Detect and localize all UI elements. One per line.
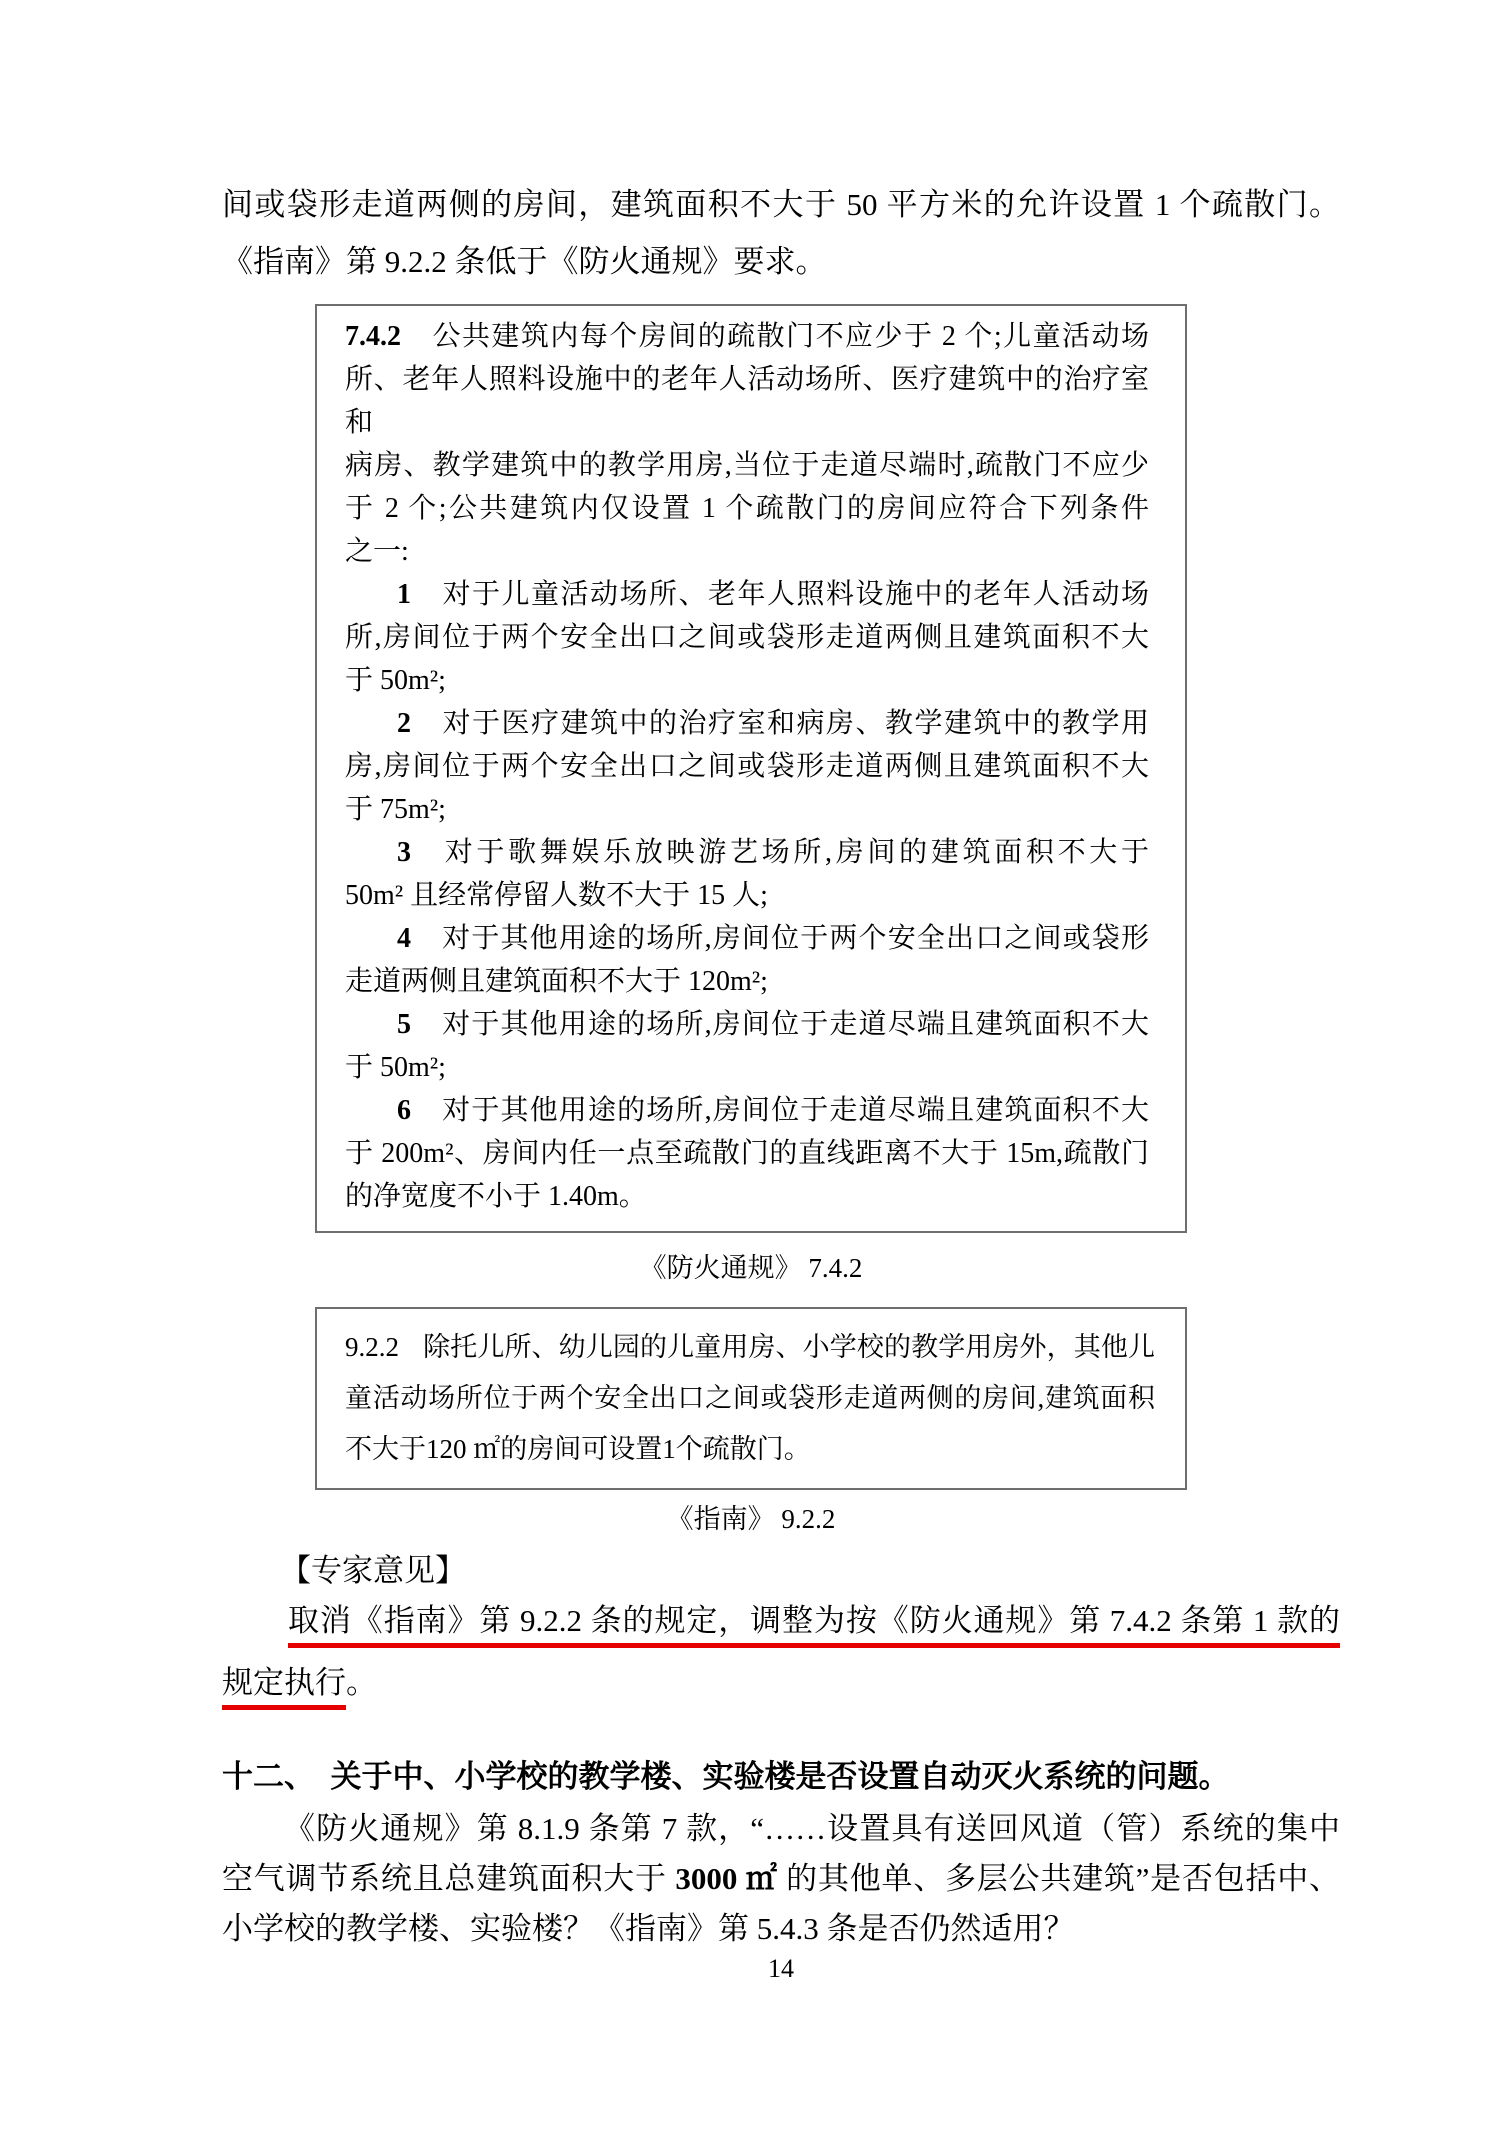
expert-opinion-label: 【专家意见】 [280,1552,1505,1590]
section-12-line-2-post: 的其他单、多层公共建筑”是否包括中、 [778,1861,1340,1896]
clause-head-text: 公共建筑内每个房间的疏散门不应少于 2 个;儿童活动场 [431,321,1149,352]
guide-clause-line-2: 童活动场所位于两个安全出口之间或袋形走道两侧的房间,建筑面积 [345,1373,1155,1424]
clause-number: 7.4.2 [345,321,401,352]
guide-clause-line-3: 不大于120 ㎡的房间可设置1个疏散门。 [345,1424,1155,1475]
item-1-line-2: 所,房间位于两个安全出口之间或袋形走道两侧且建筑面积不大 [345,616,1149,659]
section-12-line-2: 空气调节系统且总建筑面积大于 3000 ㎡ 的其他单、多层公共建筑”是否包括中、 [222,1854,1340,1904]
expert-opinion-underlined-text-1: 取消《指南》第 9.2.2 条的规定，调整为按《防火通规》第 7.4.2 条第 … [288,1603,1340,1648]
intro-paragraph: 间或袋形走道两侧的房间，建筑面积不大于 50 平方米的允许设置 1 个疏散门。 … [0,0,1505,290]
section-12-paragraph: 《防火通规》第 8.1.9 条第 7 款，“……设置具有送回风道（管）系统的集中… [0,1804,1505,1954]
item-5-line-1: 5对于其他用途的场所,房间位于走道尽端且建筑面积不大 [345,1003,1149,1046]
item-1-text: 对于儿童活动场所、老年人照料设施中的老年人活动场 [441,579,1149,610]
clause-head-line: 7.4.2公共建筑内每个房间的疏散门不应少于 2 个;儿童活动场 [345,315,1149,358]
expert-opinion-line-2-tail: 。 [346,1665,377,1700]
intro-line-1: 间或袋形走道两侧的房间，建筑面积不大于 50 平方米的允许设置 1 个疏散门。 [222,176,1340,233]
page-number: 14 [222,1952,1340,1986]
section-12-line-2-pre: 空气调节系统且总建筑面积大于 [222,1861,675,1896]
intro-line-2: 《指南》第 9.2.2 条低于《防火通规》要求。 [222,233,1340,290]
caption-guide-922: 《指南》 9.2.2 [315,1502,1187,1536]
item-4-line-1: 4对于其他用途的场所,房间位于两个安全出口之间或袋形 [345,917,1149,960]
regulation-box-9-2-2: 9.2.2除托儿所、幼儿园的儿童用房、小学校的教学用房外，其他儿 童活动场所位于… [315,1307,1187,1490]
clause-line: 于 2 个;公共建筑内仅设置 1 个疏散门的房间应符合下列条件 [345,487,1149,530]
document-page: 间或袋形走道两侧的房间，建筑面积不大于 50 平方米的允许设置 1 个疏散门。 … [0,0,1505,2129]
item-5-number: 5 [397,1009,411,1040]
item-1-number: 1 [397,579,411,610]
section-12-line-3: 小学校的教学楼、实验楼？《指南》第 5.4.3 条是否仍然适用？ [222,1904,1340,1954]
guide-clause-text: 除托儿所、幼儿园的儿童用房、小学校的教学用房外，其他儿 [423,1332,1155,1362]
regulation-box-7-4-2: 7.4.2公共建筑内每个房间的疏散门不应少于 2 个;儿童活动场 所、老年人照料… [315,304,1187,1233]
item-5-text: 对于其他用途的场所,房间位于走道尽端且建筑面积不大 [441,1009,1149,1040]
item-6-line-3: 的净宽度不小于 1.40m。 [345,1175,1149,1218]
item-2-line-1: 2对于医疗建筑中的治疗室和病房、教学建筑中的教学用 [345,702,1149,745]
expert-opinion-underlined-text-2: 规定执行 [222,1665,346,1710]
item-1-line-1: 1对于儿童活动场所、老年人照料设施中的老年人活动场 [345,573,1149,616]
section-12-line-1: 《防火通规》第 8.1.9 条第 7 款，“……设置具有送回风道（管）系统的集中 [222,1804,1340,1854]
item-1-line-3: 于 50m²; [345,659,1149,702]
item-3-line-2: 50m² 且经常停留人数不大于 15 人; [345,874,1149,917]
section-12-heading: 十二、 关于中、小学校的教学楼、实验楼是否设置自动灭火系统的问题。 [222,1754,1340,1800]
item-4-number: 4 [397,923,411,954]
clause-line: 所、老年人照料设施中的老年人活动场所、医疗建筑中的治疗室和 [345,358,1149,444]
item-2-number: 2 [397,708,411,739]
clause-line: 病房、教学建筑中的教学用房,当位于走道尽端时,疏散门不应少 [345,444,1149,487]
expert-opinion-line-2: 规定执行。 [222,1652,1340,1714]
item-3-line-1: 3对于歌舞娱乐放映游艺场所,房间的建筑面积不大于 [345,831,1149,874]
item-6-text: 对于其他用途的场所,房间位于走道尽端且建筑面积不大 [441,1095,1149,1126]
item-5-line-2: 于 50m²; [345,1046,1149,1089]
item-6-number: 6 [397,1095,411,1126]
item-3-number: 3 [397,837,411,868]
expert-opinion-line-1: 取消《指南》第 9.2.2 条的规定，调整为按《防火通规》第 7.4.2 条第 … [222,1590,1340,1652]
item-3-text: 对于歌舞娱乐放映游艺场所,房间的建筑面积不大于 [441,837,1149,868]
item-4-line-2: 走道两侧且建筑面积不大于 120m²; [345,960,1149,1003]
caption-fire-code-742: 《防火通规》 7.4.2 [315,1251,1187,1285]
item-6-line-1: 6对于其他用途的场所,房间位于走道尽端且建筑面积不大 [345,1089,1149,1132]
guide-clause-number: 9.2.2 [345,1332,399,1362]
item-6-line-2: 于 200m²、房间内任一点至疏散门的直线距离不大于 15m,疏散门 [345,1132,1149,1175]
item-4-text: 对于其他用途的场所,房间位于两个安全出口之间或袋形 [441,923,1149,954]
guide-clause-line-1: 9.2.2除托儿所、幼儿园的儿童用房、小学校的教学用房外，其他儿 [345,1322,1155,1373]
item-2-text: 对于医疗建筑中的治疗室和病房、教学建筑中的教学用 [441,708,1149,739]
clause-line: 之一: [345,530,1149,573]
item-2-line-2: 房,房间位于两个安全出口之间或袋形走道两侧且建筑面积不大 [345,745,1149,788]
section-12-line-2-area-value: 3000 ㎡ [675,1861,777,1896]
item-2-line-3: 于 75m²; [345,788,1149,831]
